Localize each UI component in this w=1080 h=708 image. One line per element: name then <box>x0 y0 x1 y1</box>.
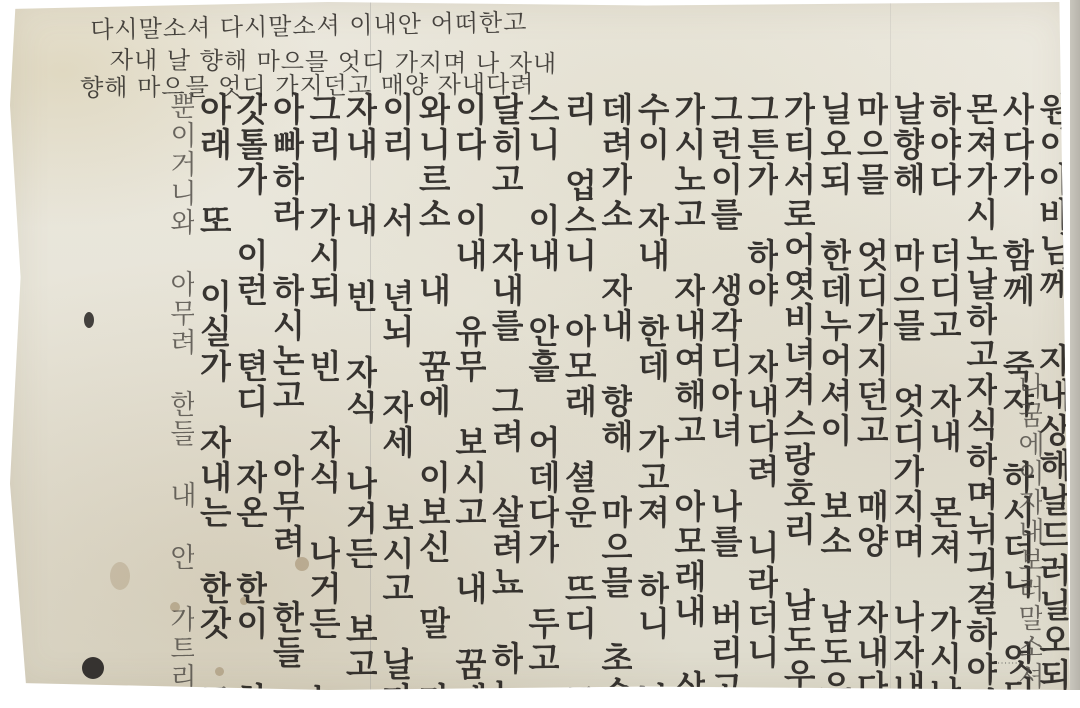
text-column: 수이 자내 한데 가고져 하니 날 <box>632 92 669 692</box>
text-column: 자내 내 빈 자식 나거든 보고 사를 일하고 <box>340 92 377 692</box>
text-column: 하야다 더디고 자내 몬져 가시난고 자내 <box>924 92 961 692</box>
text-column: 몬져가시노날하고자식하며뉘긔걸하야엇디하야살라 <box>961 92 998 692</box>
text-column: 리 업스니 아모래 셜운 뜨디 그이업 <box>559 92 596 692</box>
text-column: 이리 서 년뇌 자세 보시고 날다려 니르소 <box>377 92 414 692</box>
text-column: 마으믈 엇디가지던고 매양 자내다려 내 <box>851 92 888 692</box>
archive-mark: ······· <box>997 659 1022 668</box>
text-column: 와니르소 내 꿈에 이보신 말 자세 듣고져하야 <box>413 92 450 692</box>
letter-paper: 다시말소셔 다시말소셔 이내안 어떠한고 자내 날 향해 마으믈 엇디 가지며 … <box>10 2 1070 690</box>
text-column: 날향해 마으믈 엇디가지며 나자내향해 <box>888 92 925 692</box>
top-margin-notes: 다시말소셔 다시말소셔 이내안 어떠한고 자내 날 향해 마으믈 엇디 가지며 … <box>70 2 970 102</box>
text-column: 그튼가 하야 자내다려 니라더니 엇디 <box>742 92 779 692</box>
text-column: 갓톨가 이런 텬디 자온 한이 하늘 <box>231 92 268 692</box>
text-column: 아빠하라 하시논고 아무려 한들 내 안 <box>267 92 304 692</box>
text-column: 데려가소 자내 향해 마으믈 초승내 잊 <box>596 92 633 692</box>
text-column: 이다 이내 유무 보시고 내 꿈에 자세 <box>450 92 487 692</box>
text-column: 뿐이거니와 아무려 한들 내 안 가트리 셜울가 <box>158 92 195 692</box>
margin-note-line: 다시말소셔 다시말소셔 이내안 어떠한고 <box>90 2 528 45</box>
text-column: 그런이를 생각디아녀 나를 버리고 몬져 <box>705 92 742 692</box>
text-column: 가시노고 자내여해고 아모래내 살세업서 <box>669 92 706 692</box>
text-column: 가티서로어엿비녀겨스랑호리 남도우리 <box>778 92 815 692</box>
text-column: 아래 또 이실가 자내는 한갓 그리 가 겨실 <box>194 92 231 692</box>
side-note-column: 나꿈에이자내보러말소셔 <box>1012 372 1042 692</box>
text-column: 그리 가시되 빈 자식 나거든 누를 <box>304 92 341 692</box>
scan-edge-strip <box>1070 0 1080 690</box>
text-column: 스니 이내 안흘 어데다가 두고 자식 <box>523 92 560 692</box>
letter-body-columns: 원이아바님께 자내상해날드러닐오되둘히머리셰도록 사다가 함께 죽쟈 하시더니 … <box>30 92 1070 692</box>
text-column: 닐오되 한데누어셔이 보소 남도우리 <box>815 92 852 692</box>
text-column: 달히고 자내를 그려 살려뇨 하노 <box>486 92 523 692</box>
